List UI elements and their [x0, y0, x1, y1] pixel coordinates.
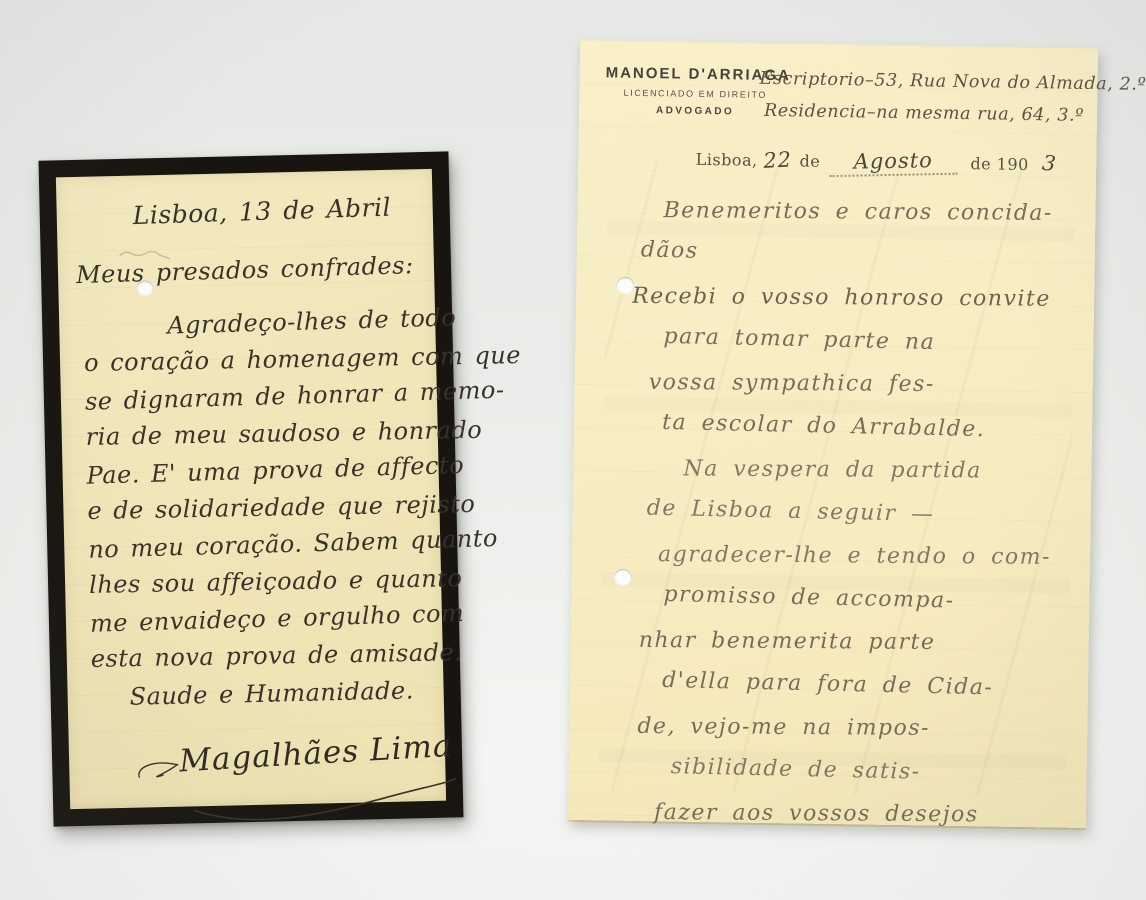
letter-body-line: Agradeço-lhes de todo [167, 300, 422, 344]
letter-body-line: promisso de accompa- [663, 573, 1076, 625]
mourning-letter-paper: Lisboa, 13 de Abril Meus presados confra… [56, 169, 446, 809]
letterhead-address-line: Residencia–na mesma rua, 64, 3.º [759, 101, 1089, 126]
letter-body-line: vossa sympathica fes- [649, 361, 1079, 407]
dateline-month-handwritten: Agosto [829, 148, 957, 177]
letter-body-line: Benemeritos e caros concida- [663, 189, 1081, 235]
dateline-year-digit-handwritten: 3 [1041, 151, 1058, 177]
letterhead-address: Escriptorio–53, Rua Nova do Almada, 2.º … [759, 69, 1090, 126]
letter-dateline: Lisboa, 22 de Agosto de 190 3 [578, 144, 1070, 179]
letter-body-line: para tomar parte na [663, 315, 1080, 367]
letter-body-line: nhar benemerita parte [639, 619, 1075, 665]
letter-date: Lisboa, 13 de Abril [132, 188, 419, 234]
letter-body-line: sibilidade de satis- [670, 745, 1073, 797]
letter-body-line: Na vespera da partida [683, 447, 1077, 493]
letter-body-line: fazer aos vossos desejos [654, 791, 1072, 837]
letterhead-sheet: MANOEL D'ARRIAGA LICENCIADO EM DIREITO A… [568, 40, 1098, 828]
letter-body-line: de Lisboa a seguir — [646, 487, 1077, 540]
letter-body-line: dãos [640, 228, 1081, 281]
letterhead-address-line: Escriptorio–53, Rua Nova do Almada, 2.º [759, 69, 1089, 94]
dateline-year-printed: de 190 [970, 154, 1029, 174]
signature-block: Magalhães Lima [151, 731, 443, 824]
mourning-letter-card: Lisboa, 13 de Abril Meus presados confra… [38, 151, 463, 826]
letter-body-line: d'ella para fora de Cida- [662, 659, 1075, 711]
letter-body-line: Recebi o vosso honroso convite [632, 275, 1080, 321]
letter-body-line: de, vejo-me na impos- [637, 705, 1073, 751]
photo-background: Lisboa, 13 de Abril Meus presados confra… [0, 0, 1146, 900]
dateline-de: de [799, 151, 820, 170]
dateline-day-handwritten: 22 [763, 147, 793, 173]
letter-body: Benemeritos e caros concida- dãos Recebi… [602, 186, 1082, 838]
dateline-city: Lisboa, [696, 150, 758, 170]
letter-closing: Saude e Humanidade. [129, 672, 430, 716]
letter-body-line: ta escolar do Arrabalde. [662, 401, 1079, 453]
letter-body-line: agradecer-lhe e tendo o com- [658, 533, 1076, 579]
letter-body: Agradeço-lhes de todo o coração a homena… [83, 301, 429, 679]
letter-body-line: esta nova prova de amisade. [90, 635, 429, 678]
